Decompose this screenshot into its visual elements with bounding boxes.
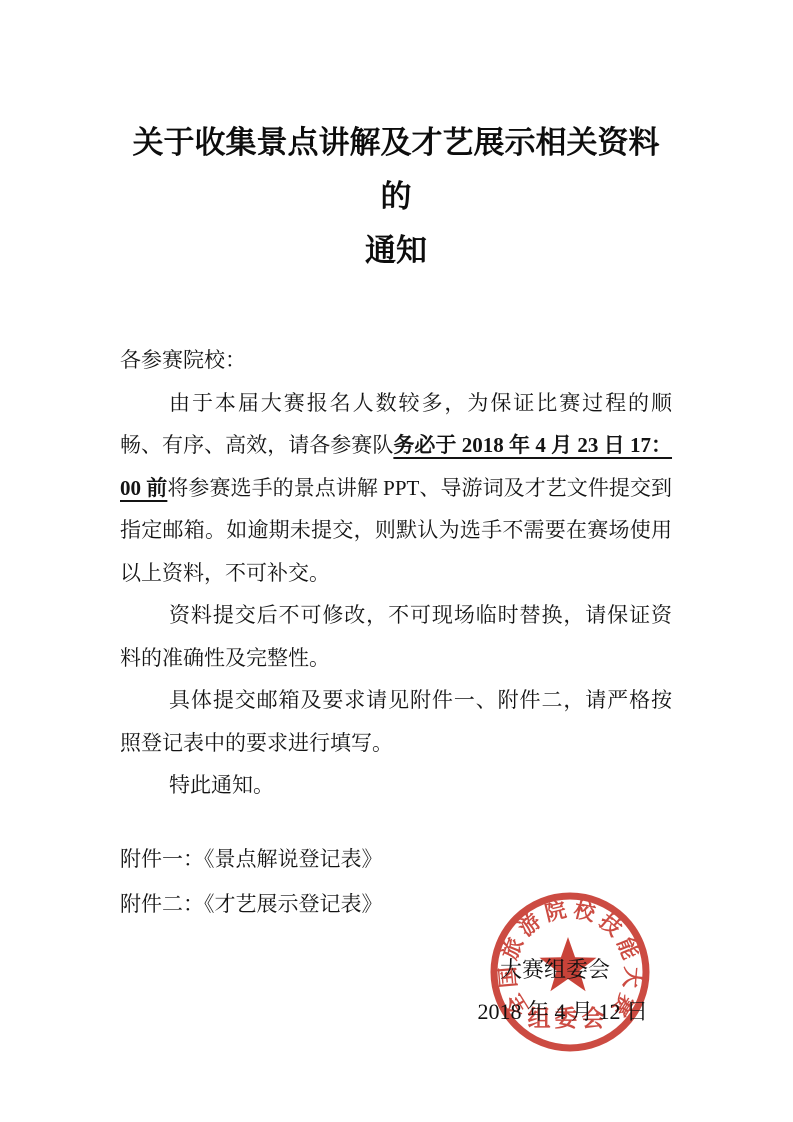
document-body: 各参赛院校： 由于本届大赛报名人数较多，为保证比赛过程的顺畅、有序、高效，请各参… [120,339,672,807]
signature-committee: 大赛组委会 [500,957,610,983]
paragraph-deadline-post: 将参赛选手的景点讲解 PPT、导游词及才艺文件提交到指定邮箱。如逾期未提交，则默… [120,476,672,585]
signature-date: 2018 年 4 月 12 日 [477,999,648,1025]
svg-text:大: 大 [619,966,645,989]
document-content: 关于收集景点讲解及才艺展示相关资料的通知 各参赛院校： 由于本届大赛报名人数较多… [0,0,793,927]
title-line-2: 通知 [365,233,427,268]
salutation: 各参赛院校： [120,339,672,382]
paragraph-no-modification: 资料提交后不可修改，不可现场临时替换，请保证资料的准确性及完整性。 [120,594,672,679]
document-title: 关于收集景点讲解及才艺展示相关资料的通知 [120,0,672,278]
paragraph-closing: 特此通知。 [120,764,672,807]
attachment-item-1: 附件一：《景点解说登记表》 [120,837,672,882]
svg-text:院: 院 [542,898,568,926]
svg-text:校: 校 [571,898,598,927]
document-page: 关于收集景点讲解及才艺展示相关资料的通知 各参赛院校： 由于本届大赛报名人数较多… [0,0,793,1122]
title-line-1: 关于收集景点讲解及才艺展示相关资料的 [133,125,660,214]
paragraph-attachments-reference: 具体提交邮箱及要求请见附件一、附件二，请严格按照登记表中的要求进行填写。 [120,679,672,764]
paragraph-deadline: 由于本届大赛报名人数较多，为保证比赛过程的顺畅、有序、高效，请各参赛队务必于 2… [120,382,672,595]
